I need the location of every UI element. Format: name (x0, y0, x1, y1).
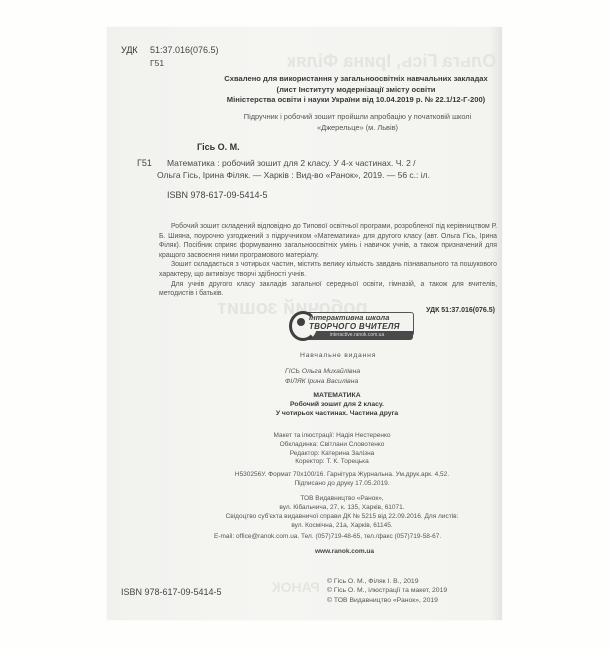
approval-line: Міністерства освіти і науки України від … (211, 95, 501, 106)
credits: Макет та ілюстрації: Надія Нестеренко Об… (247, 432, 417, 467)
pilot-line: «Джерельце» (м. Львів) (215, 123, 500, 134)
credit-line: Обкладинка: Світлани Словотенко (247, 441, 417, 450)
copyright-line: © Гісь О. М., Філяк І. В., 2019 (327, 577, 447, 586)
udk-code: 51:37.016(076.5) (150, 45, 219, 55)
logo-line-2: ТВОРЧОГО ВЧИТЕЛЯ (309, 322, 400, 331)
isbn-top: ISBN 978-617-09-5414-5 (167, 190, 268, 200)
book-title: МАТЕМАТИКА (257, 392, 417, 401)
print-format: Н530256У. Формат 70х100/16. Гарнітура Жу… (202, 470, 482, 488)
logo-line-1: Інтерактивна школа (309, 313, 389, 322)
logo-url: interactive.ranok.com.ua (301, 331, 413, 340)
credit-line: Макет та ілюстрації: Надія Нестеренко (247, 432, 417, 441)
approval-notice: Схвалено для використання у загальноосві… (211, 74, 501, 106)
format-line: Підписано до друку 17.05.2019. (202, 479, 482, 488)
pilot-notice: Підручник і робочий зошит пройшли апроба… (215, 112, 500, 133)
author-heading: Гісь О. М. (197, 142, 240, 152)
annotation-paragraph: Робочий зошит складений відповідно до Ти… (159, 222, 497, 260)
show-through-text: Ольга Гісь, Ірина Філяк (287, 51, 496, 72)
approval-line: Схвалено для використання у загальноосві… (211, 74, 501, 85)
publisher-contacts: E-mail: office@ranok.com.ua. Тел. (057)7… (214, 533, 441, 540)
publisher-line: Свідоцтво суб'єкта видавничої справи ДК … (202, 512, 482, 521)
credit-line: Коректор: Т. К. Торецька (247, 458, 417, 467)
udk-small: УДК 51:37.016(076.5) (426, 307, 495, 314)
show-through-text: РАНОК (272, 579, 320, 595)
classification-code: Г51 (150, 58, 164, 68)
publisher-line: ТОВ Видавництво «Ранок», (202, 494, 482, 503)
edition-type: Навчальне видання (300, 352, 376, 359)
publisher-website: www.ranok.com.ua (315, 548, 374, 555)
copyright-block: © Гісь О. М., Філяк І. В., 2019 © Гісь О… (327, 577, 447, 605)
udk-label: УДК (121, 45, 138, 55)
copyright-line: © Гісь О. М., ілюстрації та макет, 2019 (327, 586, 447, 595)
book-title-block: МАТЕМАТИКА Робочий зошит для 2 класу. У … (257, 392, 417, 418)
author-full-name: ФІЛЯК Ірина Василівна (285, 378, 358, 385)
classification-code: Г51 (137, 158, 152, 168)
credit-line: Редактор: Катерина Залізна (247, 450, 417, 459)
book-subtitle: У чотирьох частинах. Частина друга (257, 410, 417, 419)
publisher-line: вул. Космічна, 21а, Харків, 61145. (202, 521, 482, 530)
bibliographic-line-1: Математика : робочий зошит для 2 класу. … (167, 158, 416, 168)
publisher-info: ТОВ Видавництво «Ранок», вул. Кібальчича… (202, 494, 482, 530)
approval-line: (лист Інституту модернізації змісту осві… (211, 85, 501, 96)
book-subtitle: Робочий зошит для 2 класу. (257, 401, 417, 410)
pilot-line: Підручник і робочий зошит пройшли апроба… (215, 112, 500, 123)
interactive-school-logo: interactive.ranok.com.ua Інтерактивна шк… (287, 309, 413, 342)
book-imprint-page: Ольга Гісь, Ірина Філяк робочий зошит РА… (107, 27, 502, 620)
annotation: Робочий зошит складений відповідно до Ти… (159, 222, 497, 299)
author-full-name: ГІСЬ Ольга Михайлівна (285, 368, 360, 375)
publisher-line: вул. Кібальчича, 27, к. 135, Харків, 610… (202, 503, 482, 512)
annotation-paragraph: Для учнів другого класу закладів загальн… (159, 280, 497, 299)
copyright-line: © ТОВ Видавництво «Ранок», 2019 (327, 596, 447, 605)
isbn-bottom: ISBN 978-617-09-5414-5 (121, 587, 222, 597)
annotation-paragraph: Зошит складається з чотирьох частин, міс… (159, 260, 497, 279)
bibliographic-line-2: Ольга Гісь, Ірина Філяк. — Харків : Вид-… (157, 170, 430, 180)
format-line: Н530256У. Формат 70х100/16. Гарнітура Жу… (202, 470, 482, 479)
